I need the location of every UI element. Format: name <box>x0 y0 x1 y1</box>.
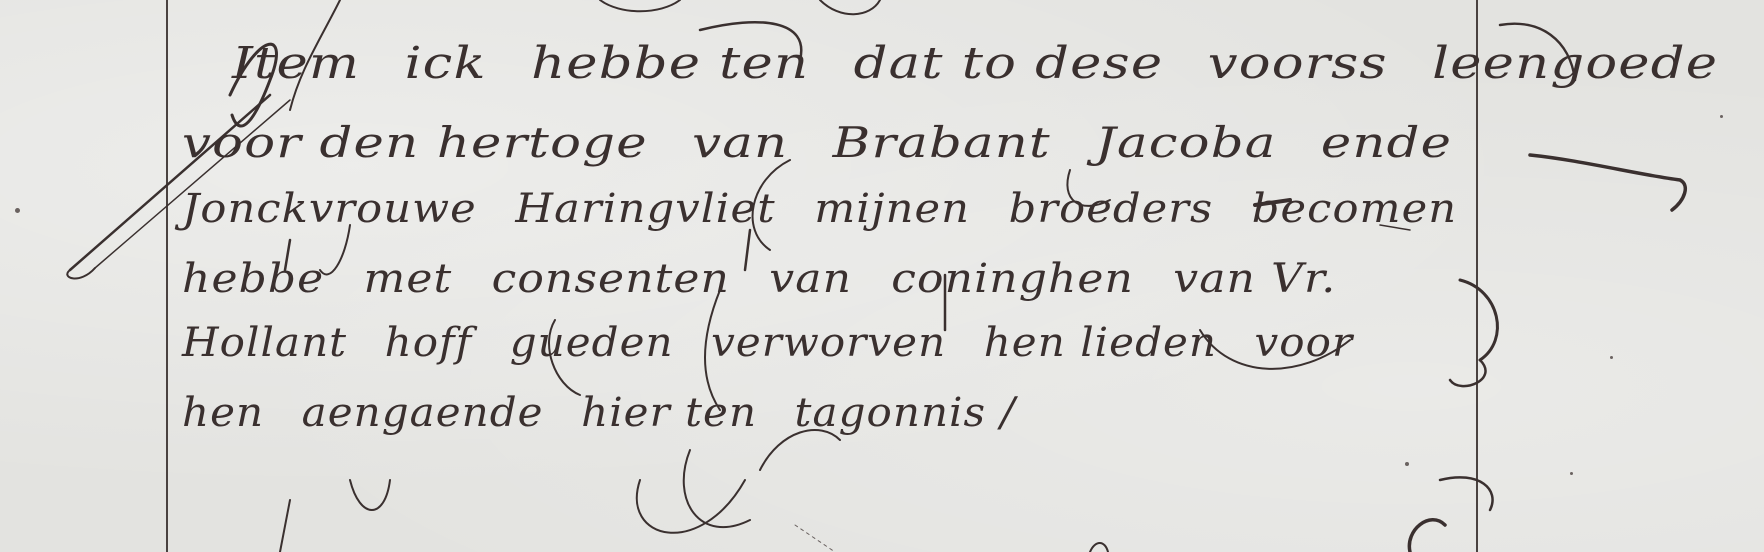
paper-speck <box>1405 462 1409 466</box>
word: consenten <box>492 256 730 302</box>
word: van <box>692 118 788 167</box>
word: Haringvliet <box>515 186 775 232</box>
word: tagonnis / <box>795 390 1016 436</box>
word: dat to dese <box>854 38 1164 89</box>
word: voor <box>1255 320 1354 366</box>
word: voorss <box>1208 38 1388 89</box>
word: Jonckvrouwe <box>182 186 477 232</box>
word: ick <box>405 38 487 89</box>
word: ende <box>1321 118 1452 167</box>
word: coninghen <box>891 256 1134 302</box>
word: Item <box>232 38 360 89</box>
word: voor den hertoge <box>182 118 648 167</box>
manuscript-page: Item ick hebbe ten dat to dese voorss le… <box>0 0 1764 552</box>
manuscript-line-3: Jonckvrouwe Haringvliet mijnen broeders … <box>182 186 1481 232</box>
word: van Vr. <box>1173 256 1336 302</box>
word: hen <box>182 390 264 436</box>
manuscript-line-5: Hollant hoff gueden verworven hen lieden… <box>182 320 1376 366</box>
word: verworven <box>711 320 946 366</box>
word: Jacoba <box>1095 118 1276 167</box>
paper-speck <box>15 208 20 213</box>
word: met <box>364 256 453 302</box>
word: Hollant <box>182 320 347 366</box>
word: leengoede <box>1432 38 1718 89</box>
word: hoff <box>385 320 473 366</box>
paper-speck <box>1610 356 1613 359</box>
word: gueden <box>510 320 674 366</box>
word: broeders <box>1009 186 1214 232</box>
word: mijnen <box>814 186 970 232</box>
paper-speck <box>1570 472 1573 475</box>
word: hier ten <box>581 390 757 436</box>
manuscript-line-1: Item ick hebbe ten dat to dese voorss le… <box>232 38 1745 89</box>
word: hebbe <box>182 256 324 302</box>
word: hebbe ten <box>531 38 809 89</box>
paper-speck <box>1720 115 1723 118</box>
word: Brabant <box>833 118 1051 167</box>
word: becomen <box>1252 186 1457 232</box>
left-margin-rule <box>166 0 168 552</box>
word: van <box>769 256 852 302</box>
word: aengaende <box>302 390 544 436</box>
manuscript-line-4: hebbe met consenten van coninghen van Vr… <box>182 256 1361 302</box>
manuscript-line-6: hen aengaende hier ten tagonnis / <box>182 390 1039 436</box>
word: hen lieden <box>984 320 1217 366</box>
manuscript-line-2: voor den hertoge van Brabant Jacoba ende <box>182 118 1479 167</box>
